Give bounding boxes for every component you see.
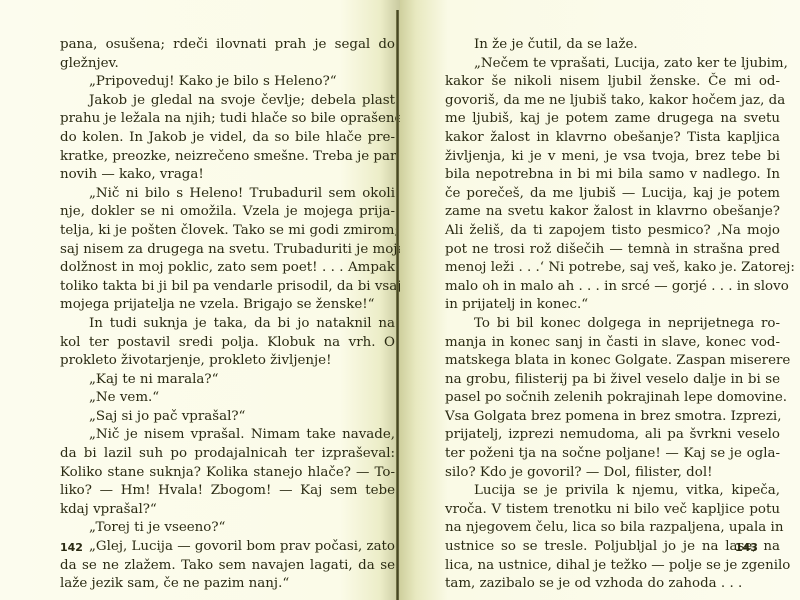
text-line: silo? Kdo je govoril? — Dol, filister, d… xyxy=(445,464,780,483)
left-page-number: 142 xyxy=(60,541,83,554)
text-line: Koliko stane suknja? Kolika stanejo hlač… xyxy=(60,464,395,483)
right-page-number: 143 xyxy=(735,541,758,554)
text-line: „Saj si jo pač vprašal?“ xyxy=(60,408,395,427)
text-line: laže jezik sam, če ne pazim nanj.“ xyxy=(60,575,395,594)
left-page: pana, osušena; rdeči ilovnati prah je se… xyxy=(0,0,400,600)
text-line: kakor še nikoli nisem ljubil ženske. Če … xyxy=(445,73,780,92)
text-line: „Torej ti je vseeno?“ xyxy=(60,519,395,538)
right-page-text: In že je čutil, da se laže.„Nečem te vpr… xyxy=(445,36,780,594)
text-line: pasel po sočnih zelenih pokrajinah lepe … xyxy=(445,389,780,408)
book-spread: pana, osušena; rdeči ilovnati prah je se… xyxy=(0,0,800,600)
text-line: „Kaj te ni marala?“ xyxy=(60,371,395,390)
text-line: prokleto životarjenje, prokleto življenj… xyxy=(60,352,395,371)
text-line: liko? — Hm! Hvala! Zbogom! — Kaj sem teb… xyxy=(60,482,395,501)
text-line: In tudi suknja je taka, da bi jo natakni… xyxy=(60,315,395,334)
text-line: In že je čutil, da se laže. xyxy=(445,36,780,55)
text-line: tam, zazibalo se je od vzhoda do zahoda … xyxy=(445,575,780,594)
text-line: novih — kako, vraga! xyxy=(60,166,395,185)
text-line: „Ne vem.“ xyxy=(60,389,395,408)
text-line: malo oh in malo ah . . . in srcé — gorjé… xyxy=(445,278,780,297)
left-page-text: pana, osušena; rdeči ilovnati prah je se… xyxy=(60,36,395,594)
text-line: vroča. V tistem trenotku ni bilo več kap… xyxy=(445,501,780,520)
text-line: mojega prijatelja ne vzela. Brigajo se ž… xyxy=(60,296,395,315)
text-line: življenja, ki je v meni, je vsa tvoja, b… xyxy=(445,148,780,167)
text-line: na njegovem čelu, lica so bila razpaljen… xyxy=(445,519,780,538)
text-line: ustnice so se tresle. Poljubljal jo je n… xyxy=(445,538,780,557)
text-line: telja, ki je pošten človek. Tako se mi g… xyxy=(60,222,395,241)
text-line: To bi bil konec dolgega in neprijetnega … xyxy=(445,315,780,334)
text-line: bila nepotrebna in bi mi bila samo v nad… xyxy=(445,166,780,185)
text-line: kol ter postavil sredi polja. Klobuk na … xyxy=(60,334,395,353)
text-line: lica, na ustnice, dihal je težko — polje… xyxy=(445,557,780,576)
text-line: kratke, preozke, neizrečeno smešne. Treb… xyxy=(60,148,395,167)
text-line: „Nič ni bilo s Heleno! Trubaduril sem ok… xyxy=(60,185,395,204)
text-line: govoriš, da me ne ljubiš tako, kakor hoč… xyxy=(445,92,780,111)
text-line: Ali želiš, da ti zapojem tisto pesmico? … xyxy=(445,222,780,241)
text-line: prijatelj, izprezi nemudoma, ali pa švrk… xyxy=(445,426,780,445)
text-line: da bi lazil suh po prodajalnicah ter izp… xyxy=(60,445,395,464)
text-line: Lucija se je privila k njemu, vitka, kip… xyxy=(445,482,780,501)
text-line: ter poženi tja na sočne poljane! — Kaj s… xyxy=(445,445,780,464)
text-line: gležnjev. xyxy=(60,55,395,74)
text-line: menoj leži . . .‘ Ni potrebe, saj veš, k… xyxy=(445,259,780,278)
text-line: me ljubiš, kaj je potem zame drugega na … xyxy=(445,110,780,129)
text-line: „Nič je nisem vprašal. Nimam take navade… xyxy=(60,426,395,445)
text-line: pot ne trosi rož dišečih — temnà in stra… xyxy=(445,241,780,260)
text-line: do kolen. In Jakob je videl, da so bile … xyxy=(60,129,395,148)
text-line: „Glej, Lucija — govoril bom prav počasi,… xyxy=(60,538,395,557)
book-gutter-binding xyxy=(396,10,399,600)
text-line: „Pripoveduj! Kako je bilo s Heleno?“ xyxy=(60,73,395,92)
text-line: kdaj vprašal?“ xyxy=(60,501,395,520)
text-line: „Nečem te vprašati, Lucija, zato ker te … xyxy=(445,55,780,74)
text-line: matskega blata in konec Golgate. Zaspan … xyxy=(445,352,780,371)
text-line: dolžnost in moj poklic, zato sem poet! .… xyxy=(60,259,395,278)
text-line: Vsa Golgata brez pomena in brez smotra. … xyxy=(445,408,780,427)
text-line: da se ne zlažem. Tako sem navajen lagati… xyxy=(60,557,395,576)
text-line: in prijatelj in konec.“ xyxy=(445,296,780,315)
text-line: zame na svetu kakor žalost in klavrno ob… xyxy=(445,203,780,222)
text-line: nje, dokler se ni omožila. Vzela je moje… xyxy=(60,203,395,222)
text-line: če porečeš, da me ljubiš — Lucija, kaj j… xyxy=(445,185,780,204)
text-line: saj nisem za drugega na svetu. Trubaduri… xyxy=(60,241,395,260)
text-line: pana, osušena; rdeči ilovnati prah je se… xyxy=(60,36,395,55)
text-line: na grobu, filisterij pa bi živel veselo … xyxy=(445,371,780,390)
right-page: In že je čutil, da se laže.„Nečem te vpr… xyxy=(400,0,800,600)
text-line: Jakob je gledal na svoje čevlje; debela … xyxy=(60,92,395,111)
text-line: prahu je ležala na njih; tudi hlače so b… xyxy=(60,110,395,129)
text-line: kakor žalost in klavrno obešanje? Tista … xyxy=(445,129,780,148)
text-line: manja in konec sanj in časti in slave, k… xyxy=(445,334,780,353)
text-line: toliko takta bi ji bil pa vendarle priso… xyxy=(60,278,395,297)
